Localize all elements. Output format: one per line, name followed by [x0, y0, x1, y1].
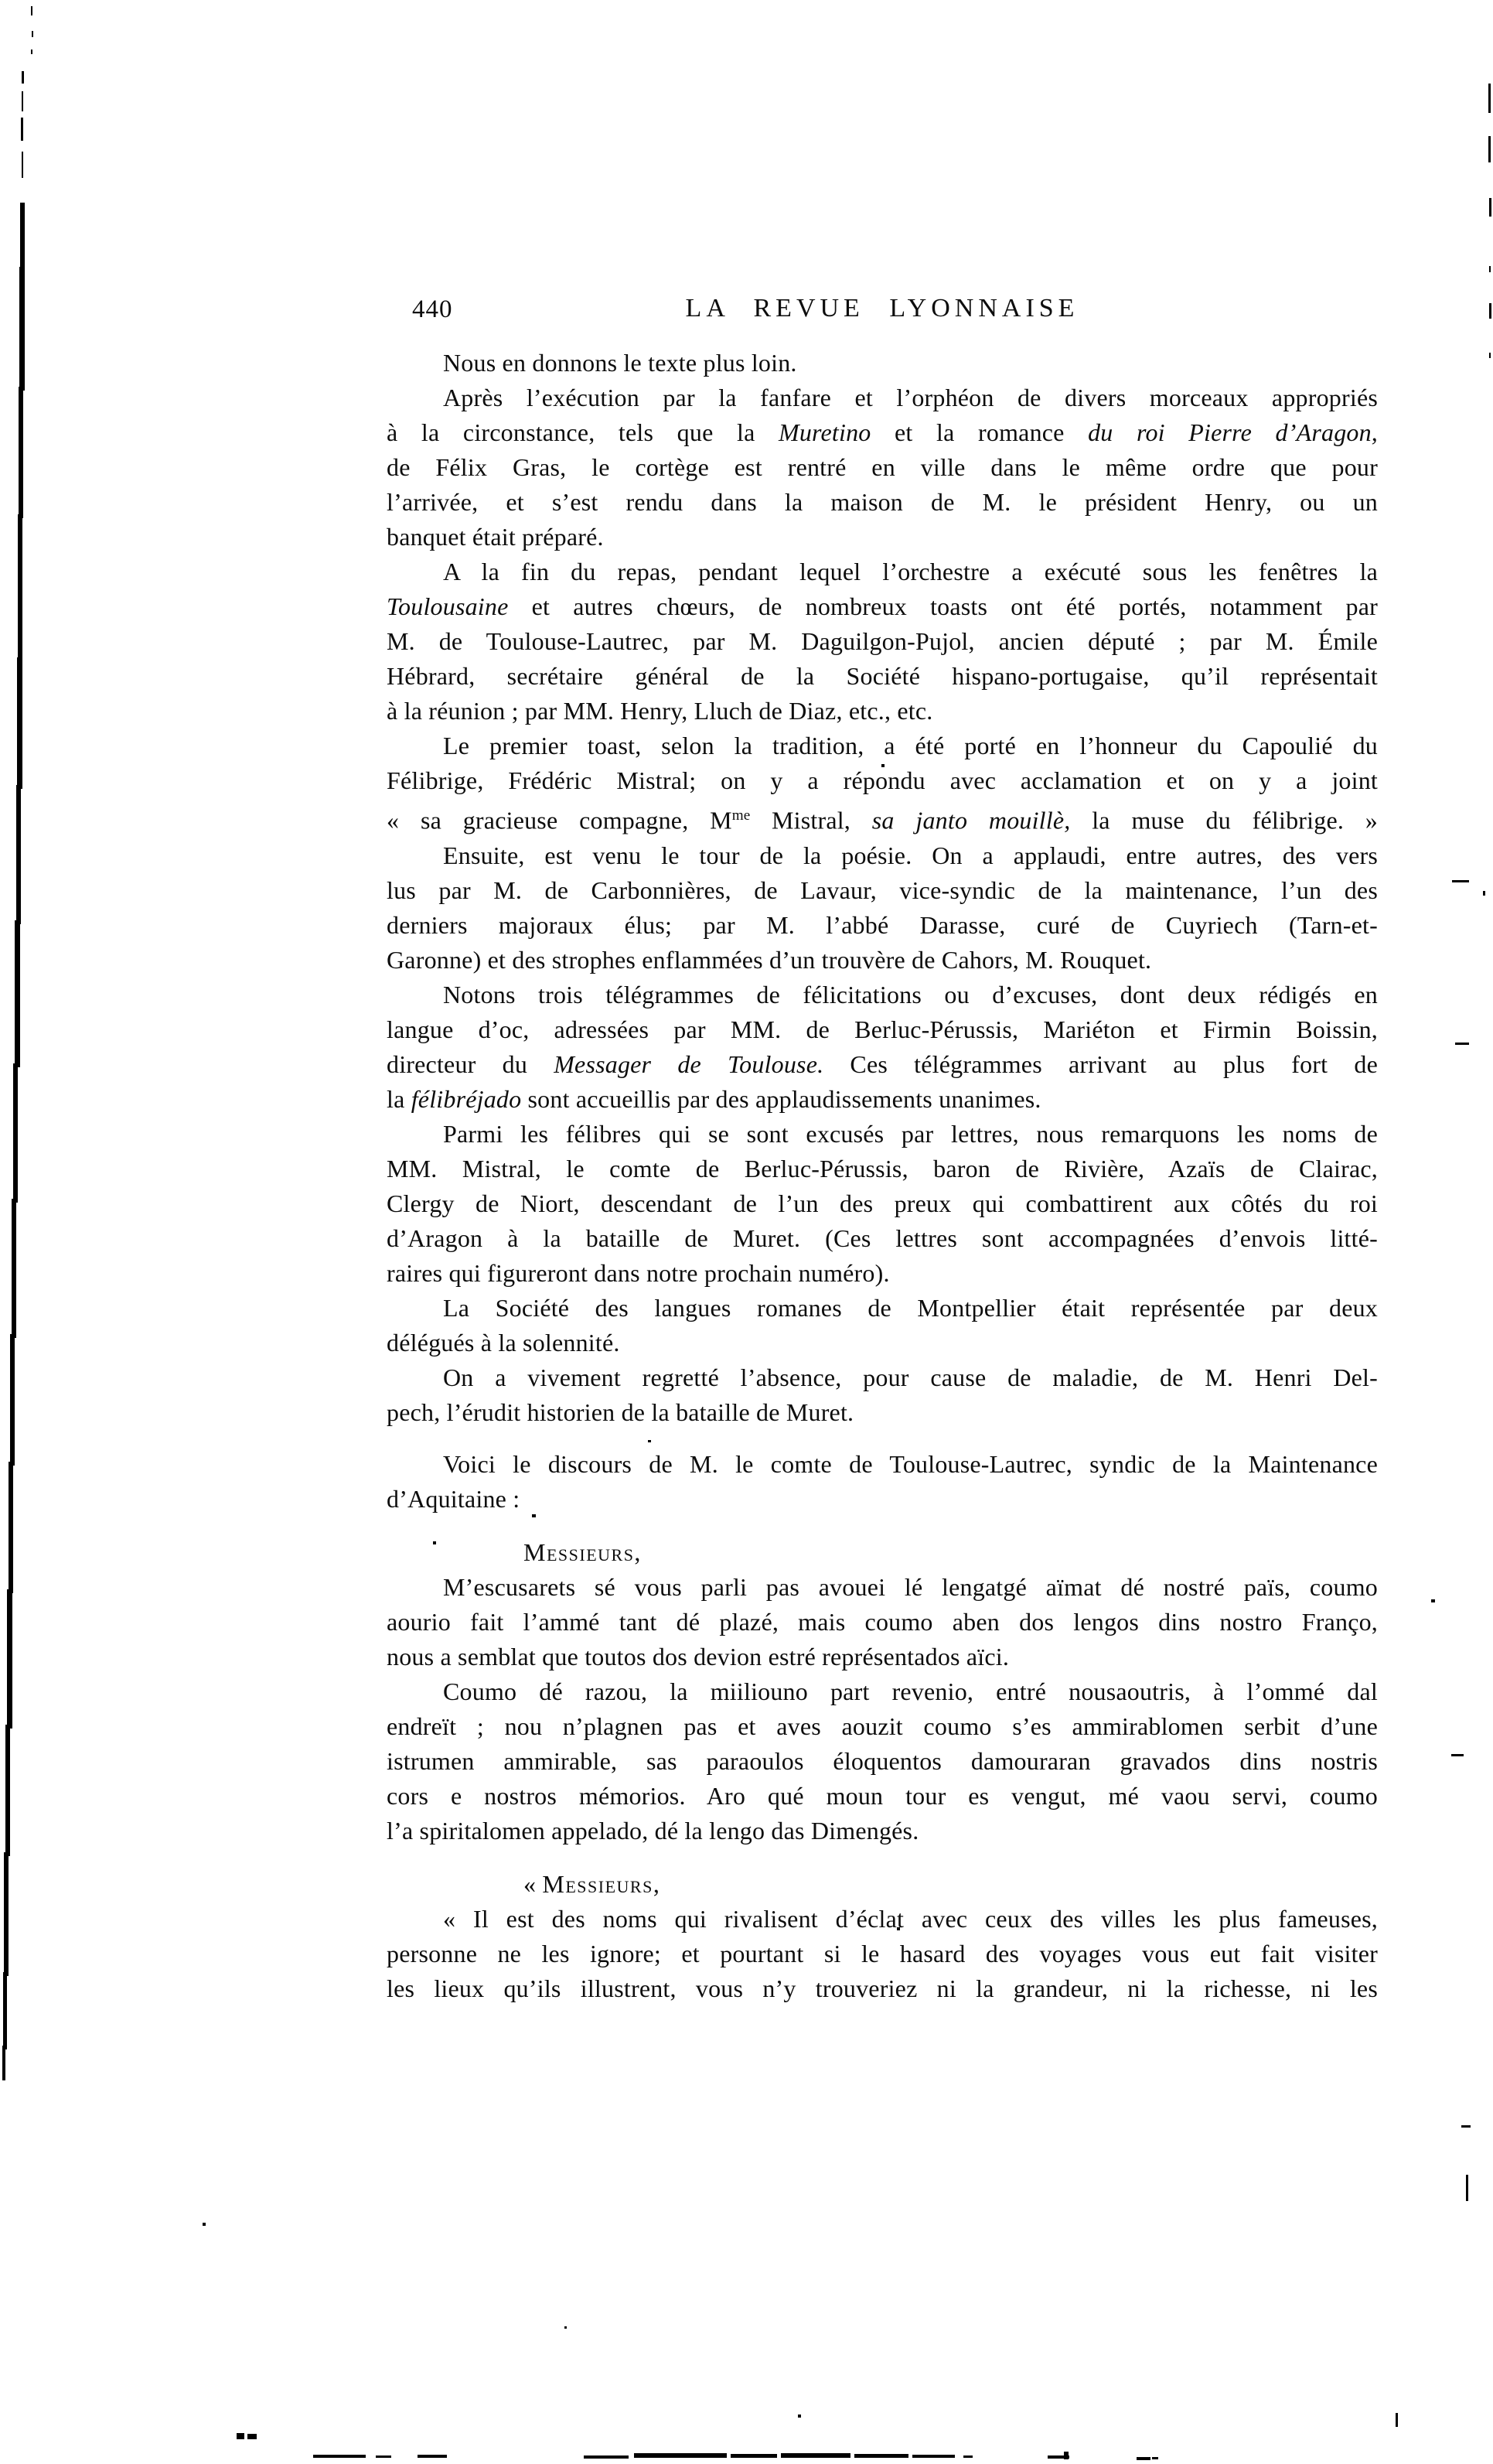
- text-line: Hébrard, secrétaire général de la Sociét…: [387, 659, 1378, 694]
- text-line: M’escusarets sé vous parli pas avouei lé…: [387, 1570, 1378, 1605]
- italic-text: Muretino: [779, 418, 871, 446]
- scan-artifact: [12, 1199, 16, 1338]
- text-line: l’a spiritalomen appelado, dé la lengo d…: [387, 1814, 1378, 1848]
- scan-artifact: [648, 1440, 651, 1442]
- plain-text: et autres chœurs, de nombreux toasts ont…: [509, 592, 1379, 620]
- text-line: à la circonstance, tels que la Muretino …: [387, 415, 1378, 450]
- text-line: de Félix Gras, le cortège est rentré en …: [387, 450, 1378, 485]
- italic-text: Messager de Toulouse.: [554, 1050, 823, 1078]
- italic-text: félibréjado: [411, 1085, 522, 1113]
- scan-artifact: [1152, 2457, 1158, 2459]
- scan-artifact: [1452, 880, 1469, 882]
- text-line: d’Aquitaine :: [387, 1482, 1378, 1517]
- scan-artifact: [32, 31, 33, 37]
- text-line: Nous en donnons le texte plus loin.: [387, 346, 1378, 381]
- plain-text: Hébrard, secrétaire général de la Sociét…: [387, 662, 1378, 690]
- text-line: On a vivement regretté l’absence, pour c…: [387, 1360, 1378, 1395]
- page-header: 440 LA REVUE LYONNAISE: [387, 294, 1378, 329]
- scan-artifact: [1431, 1599, 1435, 1602]
- text-line: banquet était préparé.: [387, 520, 1378, 555]
- scan-artifact: [31, 6, 32, 15]
- plain-text: « Il est des noms qui rivalisent d’éclat…: [443, 1905, 1378, 1933]
- text-line: Messieurs,: [387, 1535, 1378, 1570]
- scan-artifact: [313, 2455, 366, 2458]
- scan-artifact: [10, 1334, 15, 1466]
- text-line: cors e nostros mémorios. Aro qué moun to…: [387, 1779, 1378, 1814]
- scanned-page: 440 LA REVUE LYONNAISE Nous en donnons l…: [0, 0, 1493, 2464]
- plain-text: l’a spiritalomen appelado, dé la lengo d…: [387, 1817, 919, 1845]
- plain-text: Ces télégrammes arrivant au plus fort de: [823, 1050, 1378, 1078]
- plain-text: les lieux qu’ils illustrent, vous n’y tr…: [387, 1974, 1378, 2002]
- plain-text: et la romance: [871, 418, 1089, 446]
- plain-text: l’arrivée, et s’est rendu dans la maison…: [387, 488, 1378, 516]
- plain-text: MM. Mistral, le comte de Berluc-Pérussis…: [387, 1155, 1378, 1183]
- scan-artifact: [731, 2454, 777, 2458]
- plain-text: délégués à la solennité.: [387, 1329, 620, 1357]
- scan-artifact: [31, 49, 32, 54]
- plain-text: Coumo dé razou, la miiliouno part reveni…: [443, 1677, 1378, 1705]
- scan-artifact: [1396, 2413, 1398, 2427]
- plain-text: derniers majoraux élus; par M. l’abbé Da…: [387, 911, 1378, 939]
- plain-text: Nous en donnons le texte plus loin.: [443, 349, 797, 377]
- text-line: « sa gracieuse compagne, Mme Mistral, sa…: [387, 798, 1378, 838]
- plain-text: aourio fait l’ammé tant dé plazé, mais c…: [387, 1608, 1378, 1636]
- text-line: Parmi les félibres qui se sont excusés p…: [387, 1117, 1378, 1152]
- scan-artifact: [17, 657, 22, 789]
- plain-text: raires qui figureront dans notre prochai…: [387, 1259, 890, 1287]
- plain-text: istrumen ammirable, sas paraoulos éloque…: [387, 1747, 1378, 1775]
- text-line: personne ne les ignore; et pourtant si l…: [387, 1937, 1378, 1971]
- scan-artifact: [564, 2326, 567, 2329]
- scan-artifact: [798, 2415, 801, 2418]
- scan-artifact: [247, 2434, 257, 2439]
- scan-artifact: [781, 2453, 850, 2458]
- plain-text: Félibrige, Frédéric Mistral; on y a répo…: [387, 766, 1378, 794]
- plain-text: Parmi les félibres qui se sont excusés p…: [443, 1120, 1378, 1148]
- text-line: M. de Toulouse-Lautrec, par M. Daguilgon…: [387, 624, 1378, 659]
- plain-text: Mistral,: [750, 807, 872, 834]
- scan-artifact: [19, 387, 23, 518]
- scan-artifact: [1488, 136, 1491, 162]
- text-line: « Messieurs,: [387, 1867, 1378, 1902]
- plain-text: directeur du: [387, 1050, 554, 1078]
- scan-artifact: [20, 203, 25, 272]
- scan-artifact: [376, 2455, 391, 2458]
- scan-artifact: [203, 2223, 206, 2226]
- scan-artifact: [1461, 2125, 1471, 2128]
- scan-artifact: [1451, 1754, 1464, 1756]
- plain-text: Ensuite, est venu le tour de la poésie. …: [443, 841, 1378, 869]
- text-line: raires qui figureront dans notre prochai…: [387, 1256, 1378, 1291]
- plain-text: M’escusarets sé vous parli pas avouei lé…: [443, 1573, 1378, 1601]
- scan-artifact: [4, 1852, 9, 1976]
- scan-artifact: [1489, 266, 1491, 272]
- scan-artifact: [897, 1927, 900, 1930]
- scan-artifact: [3, 1972, 7, 2049]
- text-line: Après l’exécution par la fanfare et l’or…: [387, 381, 1378, 415]
- scan-artifact: [532, 1514, 536, 1517]
- scan-artifact: [881, 764, 885, 767]
- superscript-text: me: [732, 807, 750, 824]
- text-line: Ensuite, est venu le tour de la poésie. …: [387, 838, 1378, 873]
- plain-text: sont accueillis par des applaudissements…: [521, 1085, 1041, 1113]
- text-line: endreït ; nou n’plagnen pas et aves aouz…: [387, 1709, 1378, 1744]
- plain-text: banquet était préparé.: [387, 523, 604, 551]
- scan-artifact: [1064, 2452, 1069, 2459]
- italic-text: sa janto mouillè,: [872, 807, 1071, 834]
- plain-text: A la fin du repas, pendant lequel l’orch…: [443, 558, 1378, 585]
- scan-artifact: [1483, 891, 1485, 896]
- plain-text: la muse du félibrige. »: [1070, 807, 1378, 834]
- plain-text: On a vivement regretté l’absence, pour c…: [443, 1363, 1378, 1391]
- plain-text: à la circonstance, tels que la: [387, 418, 779, 446]
- text-line: Garonne) et des strophes enflammées d’un…: [387, 943, 1378, 978]
- journal-title: LA REVUE LYONNAISE: [387, 294, 1378, 323]
- plain-text: nous a semblat que toutos dos devion est…: [387, 1643, 1009, 1671]
- scan-artifact: [1489, 353, 1491, 358]
- scan-artifact: [1488, 84, 1491, 113]
- scan-artifact: [9, 1462, 13, 1593]
- italic-text: Toulousaine: [387, 592, 509, 620]
- scan-artifact: [634, 2453, 727, 2458]
- text-line: Coumo dé razou, la miiliouno part reveni…: [387, 1674, 1378, 1709]
- plain-text: personne ne les ignore; et pourtant si l…: [387, 1940, 1378, 1967]
- plain-text: de Félix Gras, le cortège est rentré en …: [387, 453, 1378, 481]
- text-line: l’arrivée, et s’est rendu dans la maison…: [387, 485, 1378, 520]
- plain-text: à la réunion ; par MM. Henry, Lluch de D…: [387, 697, 932, 725]
- text-line: nous a semblat que toutos dos devion est…: [387, 1640, 1378, 1674]
- text-line: d’Aragon à la bataille de Muret. (Ces le…: [387, 1221, 1378, 1256]
- plain-text: Voici le discours de M. le comte de Toul…: [443, 1450, 1378, 1478]
- text-line: La Société des langues romanes de Montpe…: [387, 1291, 1378, 1326]
- text-line: Clergy de Niort, descendant de l’un des …: [387, 1186, 1378, 1221]
- smallcaps-text: Messieurs,: [523, 1538, 642, 1566]
- scan-artifact: [963, 2455, 973, 2458]
- scan-artifact: [21, 118, 23, 141]
- scan-artifact: [22, 152, 23, 178]
- text-line: Notons trois télégrammes de félicitation…: [387, 978, 1378, 1012]
- text-line: délégués à la solennité.: [387, 1326, 1378, 1360]
- text-line: aourio fait l’ammé tant dé plazé, mais c…: [387, 1605, 1378, 1640]
- plain-text: d’Aquitaine :: [387, 1485, 520, 1513]
- text-line: derniers majoraux élus; par M. l’abbé Da…: [387, 908, 1378, 943]
- plain-text: «: [523, 1870, 542, 1898]
- text-line: pech, l’érudit historien de la bataille …: [387, 1395, 1378, 1430]
- plain-text: d’Aragon à la bataille de Muret. (Ces le…: [387, 1224, 1378, 1252]
- text-line: à la réunion ; par MM. Henry, Lluch de D…: [387, 694, 1378, 729]
- text-line: Félibrige, Frédéric Mistral; on y a répo…: [387, 763, 1378, 798]
- plain-text: Clergy de Niort, descendant de l’un des …: [387, 1189, 1378, 1217]
- scan-artifact: [2, 2046, 5, 2080]
- scan-artifact: [5, 1725, 10, 1856]
- scan-artifact: [1466, 2175, 1468, 2201]
- text-line: MM. Mistral, le comte de Berluc-Pérussis…: [387, 1152, 1378, 1186]
- scan-artifact: [1455, 1043, 1469, 1045]
- plain-text: lus par M. de Carbonnières, de Lavaur, v…: [387, 876, 1378, 904]
- plain-text: « sa gracieuse compagne, M: [387, 807, 732, 834]
- scan-artifact: [18, 514, 22, 661]
- plain-text: endreït ; nou n’plagnen pas et aves aouz…: [387, 1712, 1378, 1740]
- plain-text: La Société des langues romanes de Montpe…: [443, 1294, 1378, 1322]
- text-line: A la fin du repas, pendant lequel l’orch…: [387, 555, 1378, 589]
- plain-text: Le premier toast, selon la tradition, a …: [443, 732, 1378, 759]
- plain-text: cors e nostros mémorios. Aro qué moun to…: [387, 1782, 1378, 1810]
- text-line: Le premier toast, selon la tradition, a …: [387, 729, 1378, 763]
- plain-text: langue d’oc, adressées par MM. de Berluc…: [387, 1015, 1378, 1043]
- plain-text: M. de Toulouse-Lautrec, par M. Daguilgon…: [387, 627, 1378, 655]
- scan-artifact: [433, 1541, 436, 1544]
- plain-text: la: [387, 1085, 411, 1113]
- scan-artifact: [15, 920, 20, 1067]
- scan-artifact: [22, 91, 23, 111]
- scan-artifact: [7, 1589, 12, 1729]
- text-line: lus par M. de Carbonnières, de Lavaur, v…: [387, 873, 1378, 908]
- scan-artifact: [13, 1063, 18, 1203]
- scan-artifact: [1489, 198, 1491, 217]
- text-block: Nous en donnons le texte plus loin.Après…: [387, 346, 1378, 2006]
- text-line: les lieux qu’ils illustrent, vous n’y tr…: [387, 1971, 1378, 2006]
- smallcaps-text: Messieurs,: [542, 1870, 660, 1898]
- scan-artifact: [16, 785, 21, 924]
- scan-artifact: [1489, 303, 1491, 319]
- text-line: langue d’oc, adressées par MM. de Berluc…: [387, 1012, 1378, 1047]
- scan-artifact: [854, 2454, 908, 2458]
- italic-text: du roi Pierre d’Aragon,: [1088, 418, 1378, 446]
- text-line: istrumen ammirable, sas paraoulos éloque…: [387, 1744, 1378, 1779]
- plain-text: Notons trois télégrammes de félicitation…: [443, 981, 1378, 1008]
- scan-artifact: [418, 2455, 447, 2458]
- scan-artifact: [912, 2455, 955, 2458]
- scan-artifact: [584, 2455, 629, 2459]
- text-line: Toulousaine et autres chœurs, de nombreu…: [387, 589, 1378, 624]
- scan-artifact: [237, 2433, 244, 2439]
- scan-artifact: [22, 71, 24, 84]
- text-line: « Il est des noms qui rivalisent d’éclat…: [387, 1902, 1378, 1937]
- text-line: directeur du Messager de Toulouse. Ces t…: [387, 1047, 1378, 1082]
- plain-text: Garonne) et des strophes enflammées d’un…: [387, 946, 1151, 974]
- scan-artifact: [19, 267, 25, 391]
- scan-artifact: [1137, 2457, 1150, 2460]
- plain-text: Après l’exécution par la fanfare et l’or…: [443, 384, 1378, 411]
- text-line: Voici le discours de M. le comte de Toul…: [387, 1447, 1378, 1482]
- text-line: la félibréjado sont accueillis par des a…: [387, 1082, 1378, 1117]
- plain-text: pech, l’érudit historien de la bataille …: [387, 1398, 854, 1426]
